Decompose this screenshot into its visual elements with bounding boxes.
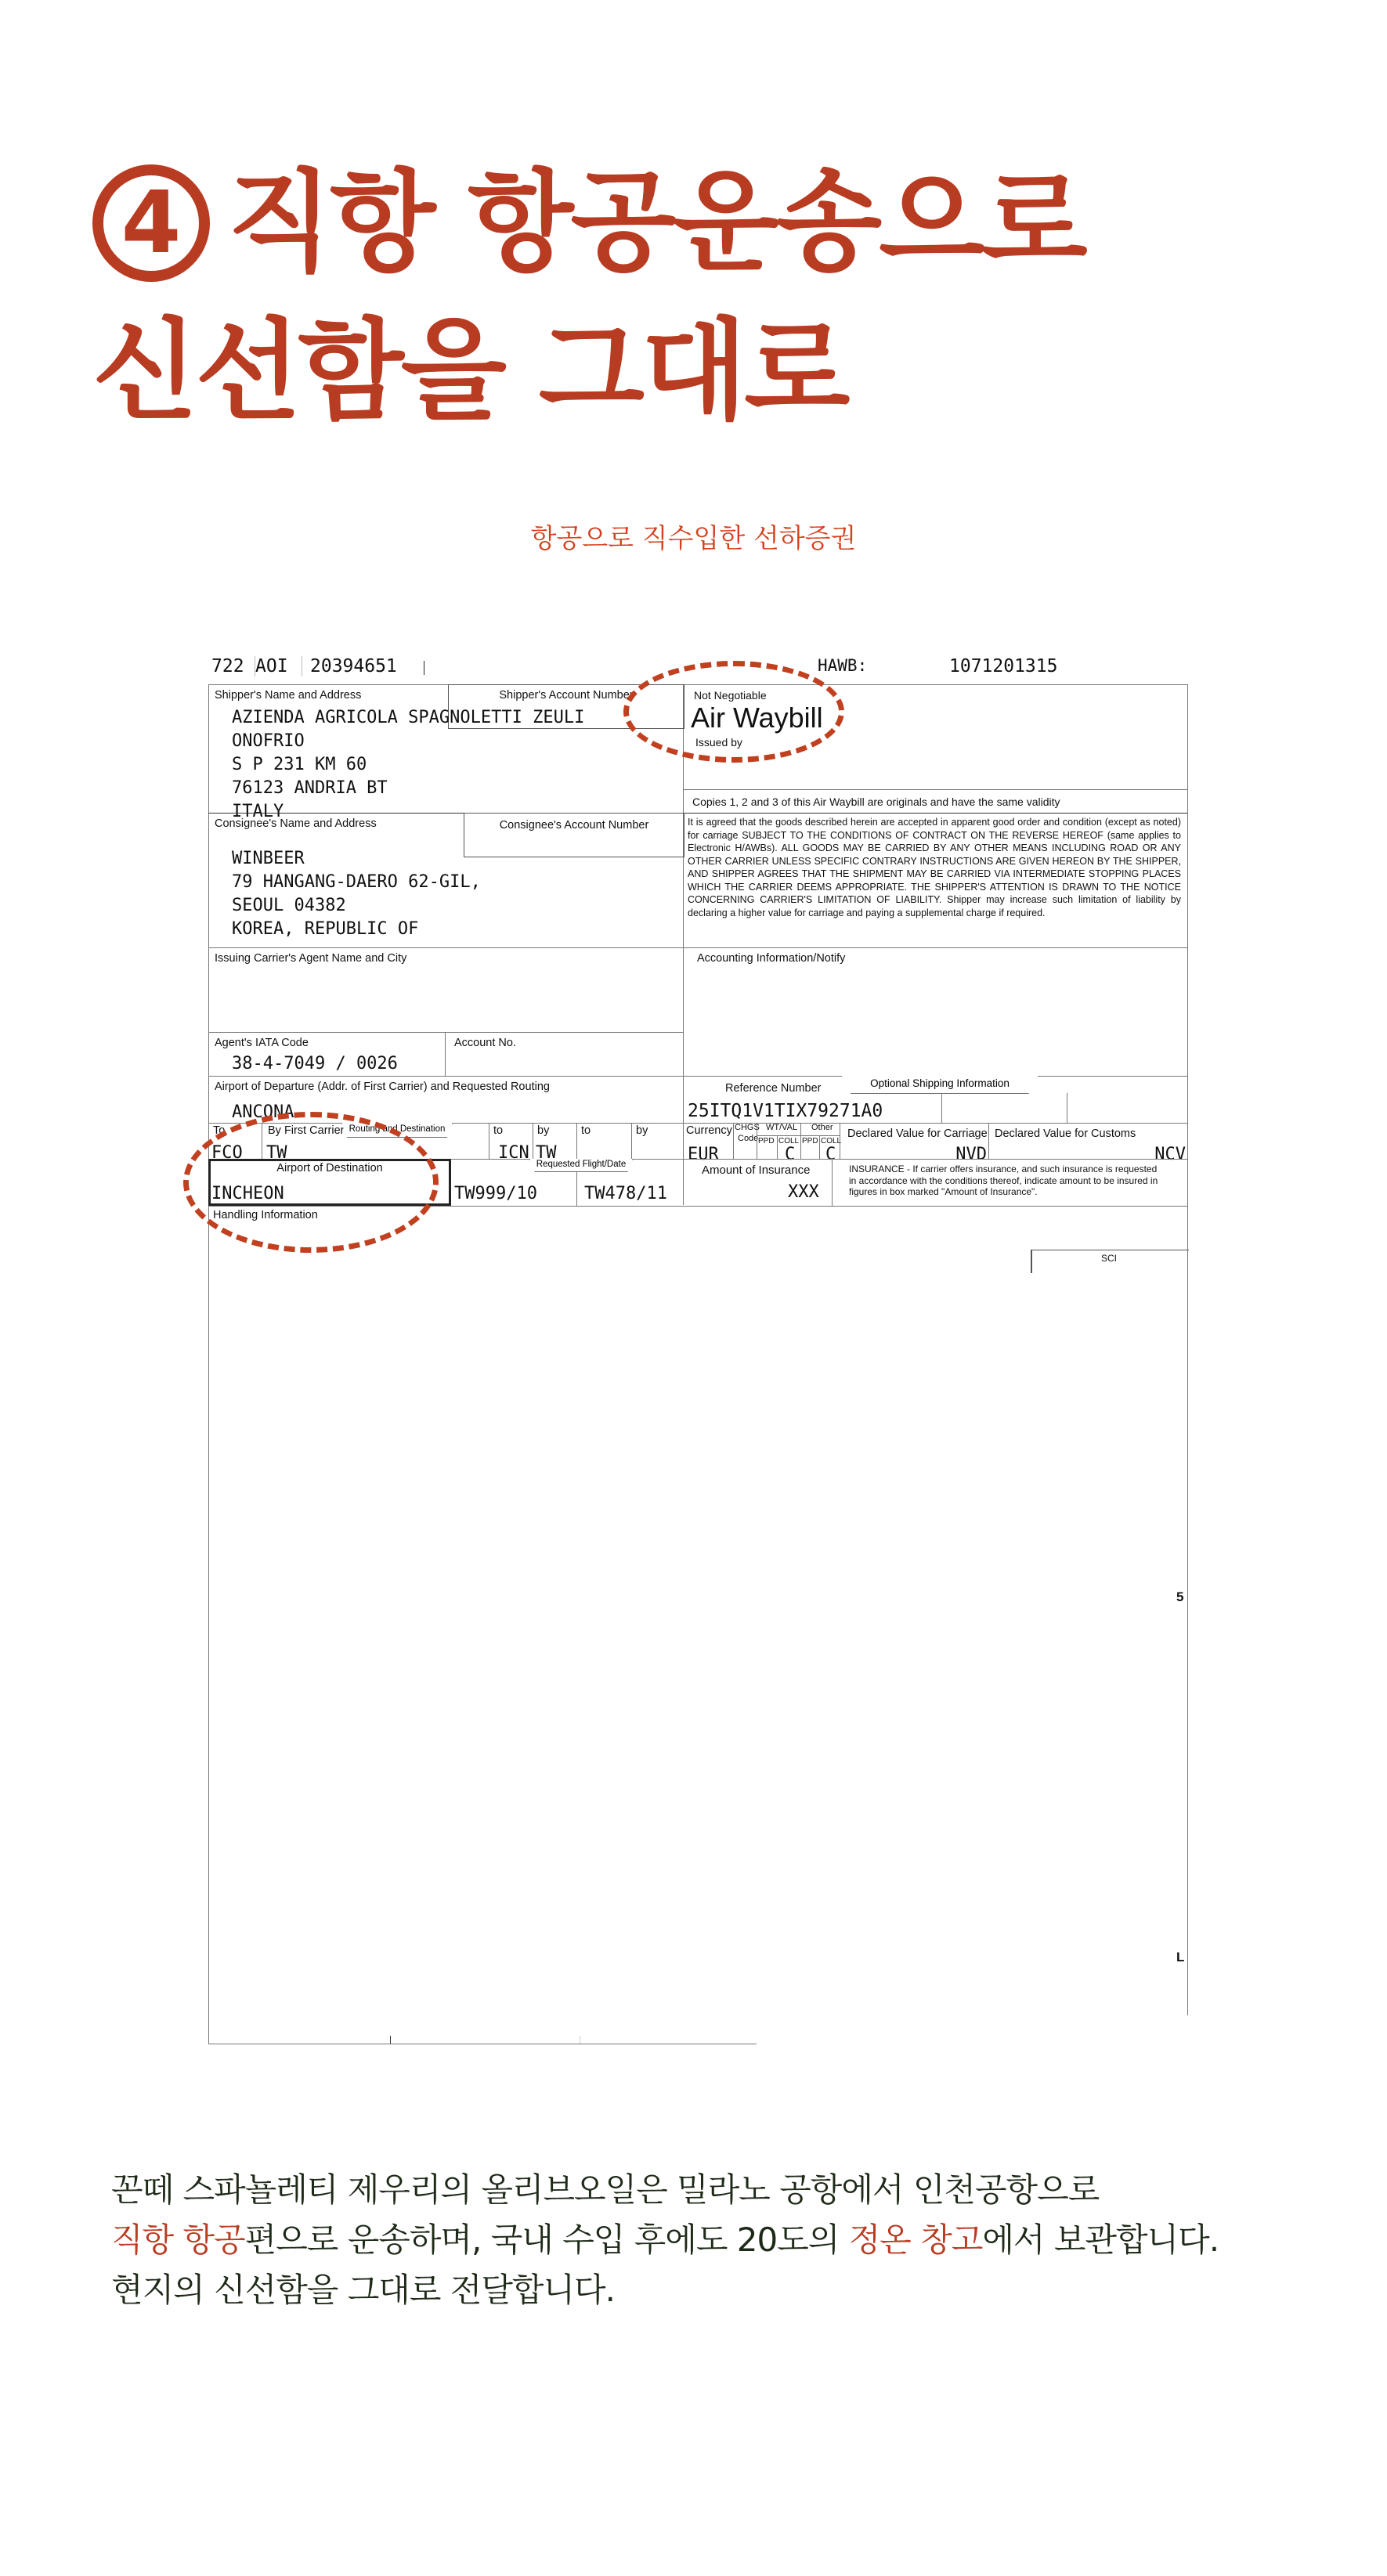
insurance-amount-label: Amount of Insurance (702, 1164, 810, 1177)
currency-label: Currency (686, 1124, 732, 1137)
circled-number-badge: 4 (92, 164, 210, 282)
to2-airport: ICN (498, 1143, 529, 1163)
accounting-info-label: Accounting Information/Notify (697, 952, 845, 965)
hawb-number: 1071201315 (949, 656, 1057, 676)
other-ppd-label: PPD (802, 1137, 818, 1145)
optional-shipping-tab: Optional Shipping Information (841, 1076, 1038, 1094)
side-mark-l: L (1176, 1950, 1184, 1965)
by3-label: by (636, 1124, 648, 1137)
description-line-3: 현지의 신선함을 그대로 전달합니다. (111, 2265, 1219, 2315)
side-mark-5: 5 (1176, 1589, 1183, 1605)
account-no-label: Account No. (454, 1037, 516, 1049)
consignee-address: WINBEER 79 HANGANG-DAERO 62-GIL, SEOUL 0… (232, 847, 481, 941)
hawb-label: HAWB: (818, 656, 867, 675)
headline: 4직항 항공운송으로 신선함을 그대로 (92, 149, 1085, 446)
highlight-temperature-warehouse: 정온 창고 (849, 2221, 983, 2259)
awb-number: 20394651 (310, 656, 397, 676)
shipper-address: AZIENDA AGRICOLA SPAGNOLETTI ZEULI ONOFR… (232, 706, 584, 824)
declared-customs-value: NCV (1109, 1145, 1186, 1164)
description-line-1: 꼰떼 스파뇰레티 제우리의 올리브오일은 밀라노 공항에서 인천공항으로 (111, 2165, 1219, 2215)
declared-customs-label: Declared Value for Customs (995, 1127, 1136, 1140)
copies-note: Copies 1, 2 and 3 of this Air Waybill ar… (692, 796, 1060, 808)
sci-label: SCI (1031, 1253, 1187, 1264)
insurance-note: INSURANCE - If carrier offers insurance,… (849, 1164, 1162, 1198)
issuing-agent-label: Issuing Carrier's Agent Name and City (215, 952, 406, 965)
wtval-ppd-label: PPD (758, 1137, 775, 1145)
declared-carriage-label: Declared Value for Carriage (847, 1127, 988, 1140)
headline-line-1: 4직항 항공운송으로 (92, 149, 1085, 298)
awb-airport-code: AOI (255, 656, 288, 676)
wtval-coll-value: C (785, 1145, 795, 1164)
currency-value: EUR (688, 1145, 719, 1164)
air-waybill-document: 722 AOI 20394651 HAWB: 1071201315 Shippe… (208, 650, 1187, 2044)
declared-carriage-value: NVD (913, 1145, 987, 1164)
other-coll-value: C (825, 1145, 836, 1164)
wtval-label: WT/VAL (766, 1123, 797, 1132)
iata-code-label: Agent's IATA Code (215, 1037, 309, 1049)
reference-number: 25ITQ1V1TIX79271A0 (688, 1101, 883, 1121)
iata-code-value: 38-4-7049 / 0026 (232, 1054, 398, 1073)
consignee-label: Consignee's Name and Address (215, 817, 377, 830)
highlight-direct-flight: 직항 항공 (111, 2221, 245, 2259)
to3-label: to (581, 1124, 591, 1137)
image-caption: 항공으로 직수입한 선하증권 (0, 517, 1387, 555)
highlight-destination (183, 1112, 439, 1253)
reference-number-label: Reference Number (725, 1082, 822, 1095)
consignee-account-label: Consignee's Account Number (464, 819, 684, 832)
description-line-2: 직항 항공편으로 운송하며, 국내 수입 후에도 20도의 정온 창고에서 보관… (111, 2215, 1219, 2265)
departure-label: Airport of Departure (Addr. of First Car… (215, 1081, 550, 1093)
shipper-label: Shipper's Name and Address (215, 689, 361, 702)
requested-flight-tab: Requested Flight/Date (529, 1159, 633, 1172)
awb-prefix: 722 (211, 656, 244, 676)
headline-line-2: 신선함을 그대로 (92, 298, 1085, 446)
other-label: Other (811, 1123, 833, 1132)
description-paragraph: 꼰떼 스파뇰레티 제우리의 올리브오일은 밀라노 공항에서 인천공항으로 직항 … (111, 2165, 1219, 2315)
highlight-air-waybill (623, 661, 844, 763)
by2-label: by (537, 1124, 549, 1137)
code-label: Code (738, 1134, 758, 1143)
flight-1: TW999/10 (454, 1184, 537, 1203)
to2-label: to (493, 1124, 503, 1137)
flight-2: TW478/11 (584, 1184, 667, 1203)
chgs-label: CHGS (735, 1123, 760, 1132)
conditions-of-contract: It is agreed that the goods described he… (688, 816, 1181, 919)
insurance-amount: XXX (788, 1182, 819, 1202)
